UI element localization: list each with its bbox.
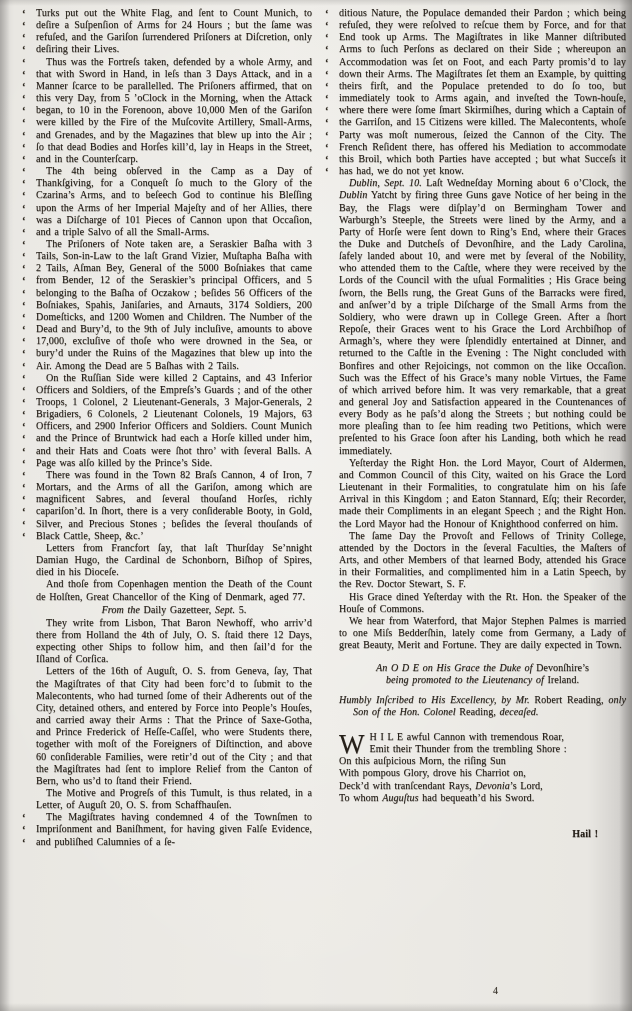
newspaper-page: Turks put out the White Flag, and ſent t…	[0, 0, 632, 1011]
paragraph: The Magiſtrates having condemned 4 of th…	[36, 812, 312, 848]
paragraph: There was found in the Town 82 Braſs Can…	[36, 470, 312, 543]
paragraph: On the Ruſſian Side were killed 2 Captai…	[36, 373, 312, 470]
paragraph: His Grace dined Yeſterday with the Rt. H…	[339, 592, 626, 616]
catchword: Hail !	[339, 829, 626, 841]
page-signature: 4	[493, 986, 498, 997]
ode-poem: WH I L E awful Cannon with tremendous Ro…	[339, 732, 626, 805]
right-column: ditious Nature, the Populace demanded th…	[339, 8, 626, 841]
ode-heading: An O D E on His Grace the Duke of Devonſ…	[339, 663, 626, 687]
scan-edge-left	[0, 0, 10, 1011]
poem-lines: H I L E awful Cannon with tremendous Roa…	[339, 732, 567, 804]
margin-quote-marks: ‘ ‘ ‘ ‘ ‘ ‘	[22, 167, 25, 240]
paragraph: The ſame Day the Provoſt and Fellows of …	[339, 531, 626, 592]
margin-quote-marks: ‘ ‘ ‘ ‘ ‘ ‘	[22, 471, 25, 544]
paragraph: Dublin, Sept. 10. Laſt Wedneſday Morning…	[339, 178, 626, 458]
paragraph: And thoſe from Copenhagen mention the De…	[36, 579, 312, 603]
margin-quote-marks: ‘ ‘ ‘	[22, 813, 25, 849]
paragraph: The Priſoners of Note taken are, a Seras…	[36, 239, 312, 373]
paragraph: Thus was the Fortreſs taken, defended by…	[36, 57, 312, 166]
margin-quote-marks: ‘ ‘ ‘ ‘ ‘ ‘ ‘ ‘ ‘ ‘ ‘ ‘ ‘ ‘	[325, 9, 328, 179]
paragraph: Turks put out the White Flag, and ſent t…	[36, 8, 312, 57]
paragraph: ditious Nature, the Populace demanded th…	[339, 8, 626, 178]
paragraph: The Motive and Progreſs of this Tumult, …	[36, 788, 312, 812]
paragraph: Yeſterday the Right Hon. the Lord Mayor,…	[339, 458, 626, 531]
left-column: Turks put out the White Flag, and ſent t…	[36, 8, 312, 849]
section-heading: From the Daily Gazetteer, Sept. 5.	[36, 605, 312, 617]
paragraph: They write from Lisbon, That Baron Newho…	[36, 618, 312, 667]
paragraph: We hear from Waterford, that Major Steph…	[339, 616, 626, 652]
poem-dropcap: W	[339, 732, 369, 756]
scan-edge-top	[0, 0, 632, 6]
paragraph: The 4th being obſerved in the Camp as a …	[36, 166, 312, 239]
margin-quote-marks: ‘ ‘ ‘ ‘ ‘ ‘ ‘ ‘ ‘ ‘ ‘	[22, 240, 25, 374]
margin-quote-marks: ‘ ‘ ‘ ‘ ‘ ‘ ‘ ‘	[22, 374, 25, 471]
ode-byline: Humbly Inſcribed to His Excellency, by M…	[339, 695, 626, 719]
scan-edge-bottom	[0, 1003, 632, 1011]
margin-quote-marks: ‘ ‘ ‘ ‘ ‘ ‘ ‘ ‘ ‘	[22, 58, 25, 167]
margin-quote-marks: ‘ ‘ ‘ ‘	[22, 9, 25, 58]
paragraph: Letters from Francfort ſay, that laſt Th…	[36, 543, 312, 579]
paragraph: Letters of the 16th of Auguſt, O. S. fro…	[36, 666, 312, 788]
